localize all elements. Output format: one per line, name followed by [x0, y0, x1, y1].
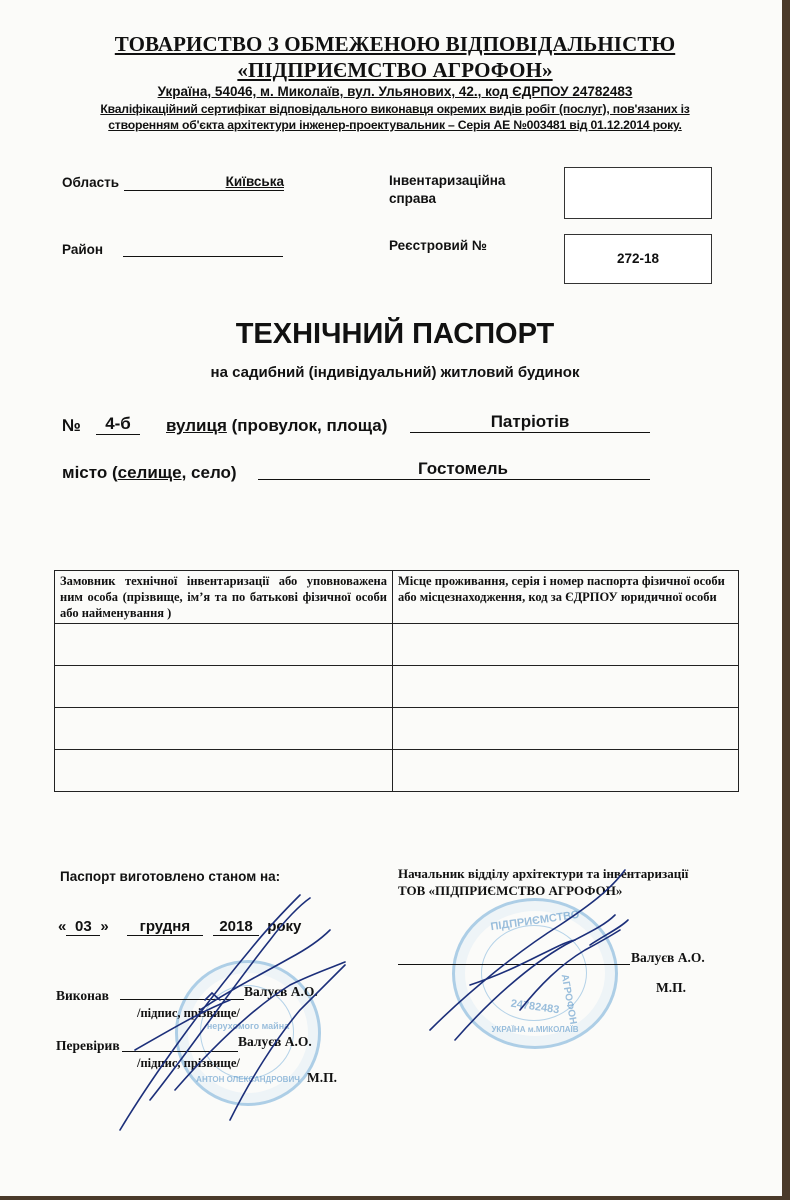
executed-label: Виконав: [56, 988, 109, 1004]
registry-value: 272-18: [617, 251, 659, 266]
prepared-year-suffix: року: [267, 918, 301, 935]
stamp-company-right: ПІДПРИЄМСТВО 24782483 АГРОФОН УКРАЇНА м.…: [452, 898, 618, 1049]
table-row: [55, 624, 739, 666]
close-quote: »: [100, 918, 108, 935]
prepared-day: 03: [66, 918, 100, 936]
house-number-value: 4-б: [96, 414, 140, 435]
city-label: місто (селище, село): [62, 463, 237, 483]
head-title-line2: ТОВ «ПІДПРИЄМСТВО АГРОФОН»: [398, 883, 622, 899]
company-name-line1: ТОВАРИСТВО З ОБМЕЖЕНОЮ ВІДПОВІДАЛЬНІСТЮ: [0, 32, 790, 57]
city-label-prefix: місто (: [62, 463, 118, 482]
oblast-value: Київська: [226, 174, 284, 189]
stamp-inventory-left: нерухомого майна АНТОН ОЛЕКСАНДРОВИЧ: [175, 960, 321, 1106]
stamp-bottom-text: АНТОН ОЛЕКСАНДРОВИЧ: [192, 1075, 304, 1084]
checked-name: Валуєв А.О.: [238, 1034, 312, 1050]
table-cell[interactable]: [55, 750, 393, 792]
registry-box: 272-18: [564, 234, 712, 284]
street-value: Патріотів: [491, 412, 570, 431]
table-cell[interactable]: [393, 708, 739, 750]
street-field: Патріотів: [410, 412, 650, 433]
table-cell[interactable]: [393, 666, 739, 708]
street-label-underlined: вулиця: [166, 416, 227, 435]
company-address: Україна, 54046, м. Миколаїв, вул. Ульяно…: [0, 84, 790, 99]
oblast-field: Київська: [124, 174, 284, 191]
stamp-bottom-text: УКРАЇНА м.МИКОЛАЇВ: [475, 1025, 595, 1034]
raion-field: [123, 240, 283, 257]
right-seal-label: М.П.: [656, 980, 686, 996]
head-title-line1: Начальник відділу архітектури та інвента…: [398, 866, 688, 882]
checked-signature-line: [122, 1050, 238, 1052]
city-label-suffix: , село): [182, 463, 237, 482]
city-value: Гостомель: [418, 459, 650, 479]
inventory-case-label-line2: справа: [389, 190, 505, 208]
registry-label: Реєстровий №: [389, 238, 487, 253]
table-row: [55, 666, 739, 708]
checked-caption: /підпис, прізвище/: [137, 1056, 240, 1071]
certificate-line1: Кваліфікаційний сертифікат відповідально…: [0, 102, 790, 116]
company-name-line2: «ПІДПРИЄМСТВО АГРОФОН»: [0, 58, 790, 83]
table-row: [55, 750, 739, 792]
executed-signature-line: [120, 998, 244, 1000]
executed-caption: /підпис, прізвище/: [137, 1006, 240, 1021]
certificate-line2: створенням об'єкта архітектури інженер-п…: [0, 118, 790, 132]
open-quote: «: [58, 918, 66, 935]
page-title: ТЕХНІЧНИЙ ПАСПОРТ: [0, 318, 790, 351]
city-label-underlined: селище: [118, 463, 182, 482]
table-cell[interactable]: [55, 666, 393, 708]
table-cell[interactable]: [55, 624, 393, 666]
document-page: ТОВАРИСТВО З ОБМЕЖЕНОЮ ВІДПОВІДАЛЬНІСТЮ …: [0, 0, 782, 1196]
city-field: Гостомель: [258, 459, 650, 480]
table-row: [55, 708, 739, 750]
executed-name: Валуєв А.О.: [244, 984, 318, 1000]
head-name: Валуєв А.О.: [631, 950, 705, 966]
prepared-label: Паспорт виготовлено станом на:: [60, 869, 280, 884]
street-label: вулиця (провулок, площа): [166, 416, 387, 436]
checked-label: Перевірив: [56, 1038, 120, 1054]
owners-table: Замовник технічної інвентаризації або уп…: [54, 570, 739, 792]
owners-header-address: Місце проживання, серія і номер паспорта…: [393, 571, 739, 624]
oblast-label: Область: [62, 175, 119, 190]
table-cell[interactable]: [55, 708, 393, 750]
inventory-case-box: [564, 167, 712, 219]
house-number-label: №: [62, 416, 81, 436]
table-cell[interactable]: [393, 624, 739, 666]
raion-label: Район: [62, 242, 103, 257]
page-subtitle: на садибний (індивідуальний) житловий бу…: [0, 364, 790, 381]
street-label-rest: (провулок, площа): [232, 416, 388, 435]
inventory-case-label: Інвентаризаційна справа: [389, 172, 505, 208]
stamp-center-text: нерухомого майна: [198, 1021, 298, 1031]
prepared-year: 2018: [213, 918, 259, 936]
inventory-case-label-line1: Інвентаризаційна: [389, 172, 505, 190]
owners-header-customer: Замовник технічної інвентаризації або уп…: [55, 571, 393, 624]
table-cell[interactable]: [393, 750, 739, 792]
prepared-month: грудня: [127, 918, 203, 936]
head-signature-line: [398, 963, 630, 965]
left-seal-label: М.П.: [307, 1070, 337, 1086]
owners-table-header: Замовник технічної інвентаризації або уп…: [55, 571, 739, 624]
prepared-date: «03» грудня 2018 року: [58, 918, 301, 936]
